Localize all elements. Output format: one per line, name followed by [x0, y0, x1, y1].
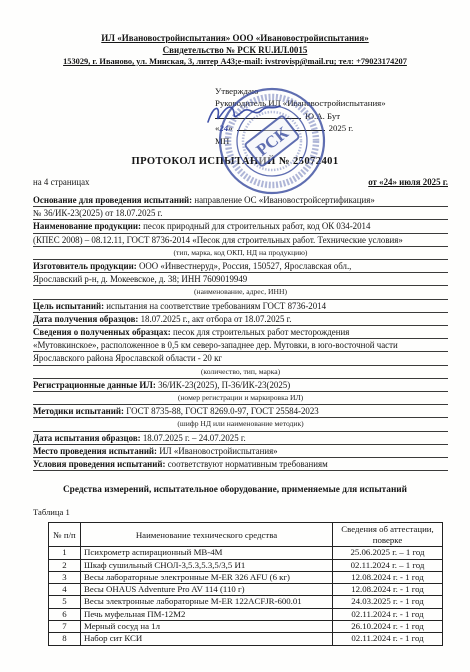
field-manufacturer-line2: Ярославский р-н, д. Мокеевское, д. 38; И… — [33, 273, 448, 286]
field-manufacturer-line1: Изготовитель продукции: ООО «Инвестнеруд… — [33, 260, 448, 273]
field-product-value: песок природный для строительных работ, … — [141, 221, 370, 231]
field-place-value: ИЛ «Ивановостройиспытания» — [157, 446, 278, 456]
field-basis-line2: № 36/ИК-23(2025) от 18.07.2025 г. — [33, 207, 448, 220]
pages-note: на 4 страницах — [33, 177, 90, 187]
row-name: Психрометр аспирационный МВ-4М — [81, 547, 333, 559]
org-header: ИЛ «Ивановостройиспытания» ООО «Ивановос… — [0, 0, 470, 68]
field-basis-value2: № 36/ИК-23(2025) от 18.07.2025 г. — [33, 208, 163, 218]
field-product-value2: (КПЕС 2008) – 08.12.11, ГОСТ 8736-2014 «… — [33, 235, 403, 245]
table-row: 7Мерный сосуд на 1л26.10.2024 г. - 1 год — [49, 621, 443, 633]
field-product-line2: (КПЕС 2008) – 08.12.11, ГОСТ 8736-2014 «… — [33, 234, 448, 247]
field-basis-line1: Основание для проведения испытаний: напр… — [33, 194, 448, 207]
field-manufacturer-caption: (наименование, адрес, ИНН) — [33, 286, 448, 299]
approval-year: 2025 г. — [329, 123, 354, 133]
field-purpose-line: Цель испытаний: испытания на соответстви… — [33, 300, 448, 313]
row-attestation: 02.11.2024 г. – 1 год — [333, 559, 443, 571]
field-registration-caption: (номер регистрации и маркировка ИЛ) — [33, 392, 448, 405]
row-name: Шкаф сушильный СНОЛ-3,5.3,5.3,5/3,5 И1 — [81, 559, 333, 571]
field-test-date-line: Дата испытания образцов: 18.07.2025 г. –… — [33, 432, 448, 445]
row-attestation: 24.03.2025 г. - 1 год — [333, 596, 443, 608]
col-header-name: Наименование технического средства — [81, 523, 333, 547]
field-samples-label: Сведения о полученных образцах: — [33, 327, 171, 337]
meta-row: на 4 страницах от «24» июля 2025 г. — [33, 177, 448, 187]
row-num: 2 — [49, 559, 81, 571]
field-test-date-label: Дата испытания образцов: — [33, 433, 141, 443]
field-product-line1: Наименование продукции: песок природный … — [33, 220, 448, 233]
protocol-date: от «24» июля 2025 г. — [368, 177, 448, 187]
row-name: Набор сит КСИ — [81, 633, 333, 645]
table-row: 4Весы OHAUS Adventure Pro AV 114 (110 г)… — [49, 584, 443, 596]
field-basis-value: направление ОС «Ивановостройсертификация… — [192, 195, 375, 205]
field-receive-date-value: 18.07.2025 г., акт отбора от 18.07.2025 … — [138, 314, 291, 324]
row-name: Печь муфельная ПМ-12М2 — [81, 608, 333, 620]
field-conditions-label: Условия проведения испытаний: — [33, 459, 165, 469]
field-methods-line: Методики испытаний: ГОСТ 8735-88, ГОСТ 8… — [33, 405, 448, 418]
table-row: 8Набор сит КСИ02.11.2024 г. - 1 год — [49, 633, 443, 645]
field-purpose-value: испытания на соответствие требованиям ГО… — [104, 301, 326, 311]
field-manufacturer-value2: Ярославский р-н, д. Мокеевское, д. 38; И… — [33, 274, 247, 284]
field-samples-caption: (количество, тип, марка) — [33, 366, 448, 379]
row-attestation: 25.06.2025 г. – 1 год — [333, 547, 443, 559]
field-methods-caption: (шифр НД или наименование методик) — [33, 418, 448, 431]
field-manufacturer-value: ООО «Инвестнеруд», Россия, 150527, Яросл… — [137, 261, 352, 271]
col-header-num: № п/п — [49, 523, 81, 547]
mp-mark: МП — [215, 135, 450, 148]
row-num: 4 — [49, 584, 81, 596]
table-label: Таблица 1 — [33, 507, 470, 517]
org-name: ИЛ «Ивановостройиспытания» ООО «Ивановос… — [0, 33, 470, 45]
field-methods-label: Методики испытаний: — [33, 406, 124, 416]
col-header-attestation: Сведения об аттестации, поверке — [333, 523, 443, 547]
field-receive-date-line: Дата получения образцов: 18.07.2025 г., … — [33, 313, 448, 326]
field-methods-value: ГОСТ 8735-88, ГОСТ 8269.0-97, ГОСТ 25584… — [124, 406, 319, 416]
field-registration-value: 36/ИК-23(2025), П-36/ИК-23(2025) — [156, 380, 290, 390]
protocol-title: ПРОТОКОЛ ИСПЫТАНИЙ № 25072401 — [0, 156, 470, 167]
row-name: Весы электронные лабораторные M-ER 122AC… — [81, 596, 333, 608]
approver-name: Ю.А. Бут — [305, 111, 340, 121]
row-num: 7 — [49, 621, 81, 633]
field-product-caption: (тип, марка, код ОКП, НД на продукцию) — [33, 247, 448, 260]
equipment-section-heading: Средства измерений, испытательное оборуд… — [0, 485, 470, 495]
scanned-protocol-page: ИЛ «Ивановостройиспытания» ООО «Ивановос… — [0, 0, 470, 672]
approval-head-title: Руководитель ИЛ «Ивановостройиспытания» — [215, 97, 450, 110]
table-row: 5Весы электронные лабораторные M-ER 122A… — [49, 596, 443, 608]
approval-approve-word: Утверждаю — [215, 85, 450, 98]
table-row: 1Психрометр аспирационный МВ-4М25.06.202… — [49, 547, 443, 559]
row-attestation: 12.08.2024 г. - 1 год — [333, 571, 443, 583]
date-blank — [237, 122, 325, 131]
field-basis-label: Основание для проведения испытаний: — [33, 195, 192, 205]
field-product-label: Наименование продукции: — [33, 221, 141, 231]
table-row: 3Весы лабораторные электронные M-ER 326 … — [49, 571, 443, 583]
row-num: 3 — [49, 571, 81, 583]
field-samples-line2: «Мутовкинское», расположенное в 0,5 км с… — [33, 339, 448, 352]
field-samples-line1: Сведения о полученных образцах: песок дл… — [33, 326, 448, 339]
org-contacts: 153029, г. Иваново, ул. Минская, 3, лите… — [0, 56, 470, 68]
field-samples-value2: «Мутовкинское», расположенное в 0,5 км с… — [33, 340, 398, 350]
approval-date-line: «24»2025 г. — [215, 122, 450, 135]
field-place-line: Место проведения испытаний: ИЛ «Ивановос… — [33, 445, 448, 458]
table-row: 2Шкаф сушильный СНОЛ-3,5.3,5.3,5/3,5 И10… — [49, 559, 443, 571]
equipment-table: № п/п Наименование технического средства… — [48, 522, 443, 645]
field-samples-line3: Ярославского района Ярославской области … — [33, 352, 448, 365]
table-header-row: № п/п Наименование технического средства… — [49, 523, 443, 547]
fields-block: Основание для проведения испытаний: напр… — [33, 194, 448, 471]
row-num: 8 — [49, 633, 81, 645]
field-conditions-value: соответствуют нормативным требованиям — [165, 459, 327, 469]
field-samples-value3: Ярославского района Ярославской области … — [33, 353, 222, 363]
table-row: 6Печь муфельная ПМ-12М202.11.2024 г. - 1… — [49, 608, 443, 620]
field-place-label: Место проведения испытаний: — [33, 446, 157, 456]
row-attestation: 26.10.2024 г. - 1 год — [333, 621, 443, 633]
row-name: Весы OHAUS Adventure Pro AV 114 (110 г) — [81, 584, 333, 596]
field-samples-value: песок для строительных работ месторожден… — [171, 327, 350, 337]
signature-blank — [215, 110, 301, 119]
field-manufacturer-label: Изготовитель продукции: — [33, 261, 137, 271]
approval-block: Утверждаю Руководитель ИЛ «Ивановостройи… — [215, 85, 450, 148]
approval-signature-line: Ю.А. Бут — [215, 110, 450, 123]
field-test-date-value: 18.07.2025 г. – 24.07.2025 г. — [141, 433, 246, 443]
field-registration-line: Регистрационные данные ИЛ: 36/ИК-23(2025… — [33, 379, 448, 392]
field-conditions-line: Условия проведения испытаний: соответств… — [33, 458, 448, 471]
handwritten-day: 24 — [219, 123, 228, 133]
row-num: 1 — [49, 547, 81, 559]
row-attestation: 12.08.2024 г. - 1 год — [333, 584, 443, 596]
field-registration-label: Регистрационные данные ИЛ: — [33, 380, 156, 390]
row-name: Мерный сосуд на 1л — [81, 621, 333, 633]
row-num: 5 — [49, 596, 81, 608]
field-receive-date-label: Дата получения образцов: — [33, 314, 138, 324]
quote-close: » — [228, 123, 232, 133]
row-num: 6 — [49, 608, 81, 620]
row-name: Весы лабораторные электронные M-ER 326 A… — [81, 571, 333, 583]
row-attestation: 02.11.2024 г. - 1 год — [333, 633, 443, 645]
org-certificate: Свидетельство № РСК RU.ИЛ.0015 — [0, 45, 470, 57]
field-purpose-label: Цель испытаний: — [33, 301, 104, 311]
row-attestation: 02.11.2024 г. - 1 год — [333, 608, 443, 620]
